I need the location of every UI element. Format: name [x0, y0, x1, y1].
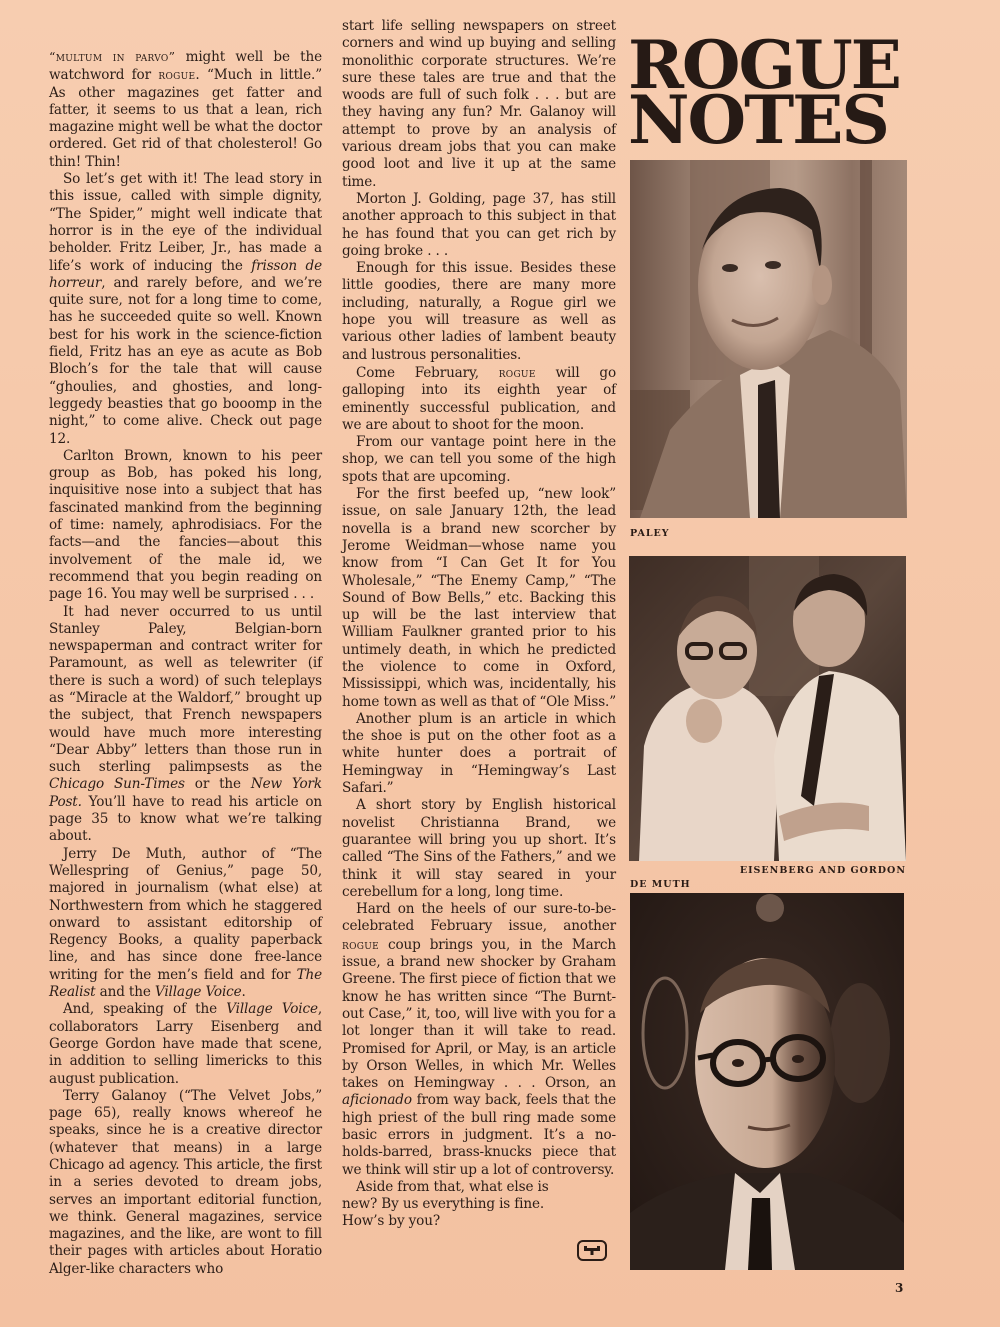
paragraph-continued: start life selling newspapers on street … [342, 18, 616, 191]
paragraph-christianna-brand: A short story by English historical nove… [342, 797, 616, 901]
paragraph-the-spider: So let’s get with it! The lead story in … [49, 171, 322, 448]
portrait-image-icon [630, 160, 907, 518]
group-photo-image-icon [629, 556, 906, 861]
end-mark-glyph-icon [579, 1242, 605, 1259]
photo-de-muth [630, 893, 904, 1270]
page-title: ROGUE NOTES [628, 38, 916, 148]
text-run: Aside from that, what else is new? By us… [342, 1179, 552, 1231]
rogue-end-mark-icon [577, 1240, 607, 1261]
text-run: or the [185, 776, 251, 792]
title-line-notes: NOTES [628, 93, 916, 148]
text-run: and the [95, 984, 154, 1000]
text-run: Jerry De Muth, author of “The Wellesprin… [49, 846, 322, 983]
small-caps-rogue: rogue [342, 937, 379, 952]
text-run: . [242, 984, 246, 1000]
portrait-image-icon [630, 893, 904, 1270]
caption-paley: PALEY [630, 528, 670, 539]
paragraph-carlton-brown: Carlton Brown, known to his peer group a… [49, 448, 322, 604]
italic-phrase: Village Voice [155, 984, 242, 1000]
paragraph-morton-golding: Morton J. Golding, page 37, has still an… [342, 191, 616, 260]
caption-de-muth: DE MUTH [630, 879, 691, 890]
paragraph-jerry-de-muth: Jerry De Muth, author of “The Wellesprin… [49, 846, 322, 1002]
paragraph-stanley-paley: It had never occurred to us until Stanle… [49, 604, 322, 846]
paragraph-vantage-point: From our vantage point here in the shop,… [342, 434, 616, 486]
photo-paley [630, 160, 907, 518]
text-run: And, speaking of the [63, 1001, 226, 1017]
paragraph-another-plum: Another plum is an article in which the … [342, 711, 616, 797]
text-run: You’ll have to read his article on page … [49, 794, 322, 845]
paragraph-village-voice: And, speaking of the Village Voice, coll… [49, 1001, 322, 1087]
text-run: It had never occurred to us until Stanle… [49, 604, 322, 776]
italic-phrase: aficionado [342, 1092, 412, 1108]
paragraph-hard-on-the-heels: Hard on the heels of our sure-to-be-cele… [342, 901, 616, 1179]
text-run: Hard on the heels of our sure-to-be-cele… [342, 901, 616, 934]
text-run: coup brings you, in the March issue, a b… [342, 937, 616, 1091]
left-text-column: “multum in parvo” might well be the watc… [49, 48, 322, 1278]
paragraph-come-february: Come February, rogue will go galloping i… [342, 364, 616, 434]
paragraph-new-look-issue: For the first beefed up, “new look” issu… [342, 486, 616, 711]
page-number: 3 [895, 1281, 903, 1295]
small-caps-rogue: rogue [499, 365, 536, 380]
paragraph-aside-from-that: Aside from that, what else is new? By us… [342, 1179, 616, 1231]
text-run: , and rarely before, and we’re quite sur… [49, 275, 322, 447]
middle-text-column: start life selling newspapers on street … [342, 18, 616, 1231]
paragraph-terry-galanoy: Terry Galanoy (“The Velvet Jobs,” page 6… [49, 1088, 322, 1278]
italic-phrase: Village Voice [226, 1001, 318, 1017]
small-caps-phrase: “multum in parvo” [49, 49, 175, 64]
photo-eisenberg-and-gordon [629, 556, 906, 861]
caption-eisenberg-and-gordon: EISENBERG AND GORDON [740, 865, 906, 876]
paragraph-enough-for-this-issue: Enough for this issue. Besides these lit… [342, 260, 616, 364]
small-caps-rogue: rogue [158, 67, 195, 82]
italic-phrase: Chicago Sun-Times [49, 776, 185, 792]
text-run: Come February, [356, 365, 499, 381]
paragraph-multum-in-parvo: “multum in parvo” might well be the watc… [49, 48, 322, 171]
